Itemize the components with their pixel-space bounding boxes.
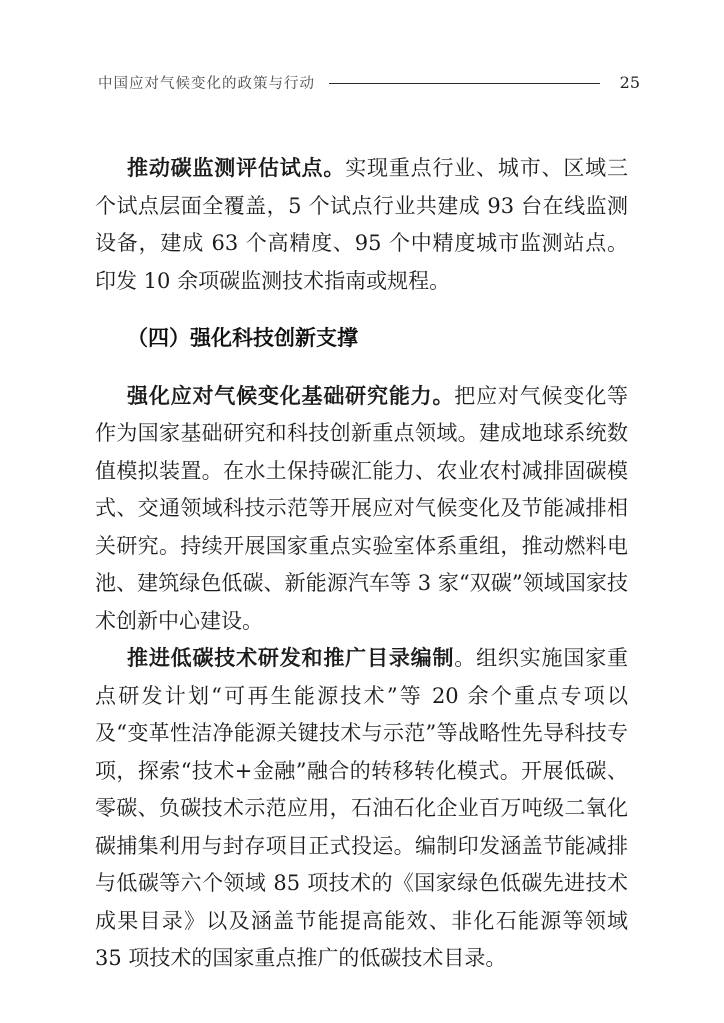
running-header: 中国应对气候变化的政策与行动 25: [98, 72, 640, 93]
paragraph-lead: 强化应对气候变化基础研究能力。: [127, 384, 454, 408]
paragraph-basic-research: 强化应对气候变化基础研究能力。把应对气候变化等作为国家基础研究和科技创新重点领域…: [95, 378, 628, 641]
document-body: 推动碳监测评估试点。实现重点行业、城市、区域三个试点层面全覆盖，5 个试点行业共…: [95, 150, 628, 978]
paragraph-lead: 推动碳监测评估试点。: [127, 156, 345, 180]
document-page: 中国应对气候变化的政策与行动 25 推动碳监测评估试点。实现重点行业、城市、区域…: [0, 0, 724, 1023]
page-number: 25: [620, 73, 640, 92]
paragraph-carbon-monitoring: 推动碳监测评估试点。实现重点行业、城市、区域三个试点层面全覆盖，5 个试点行业共…: [95, 150, 628, 300]
section-heading: （四）强化科技创新支撑: [95, 320, 628, 358]
paragraph-text: 把应对气候变化等作为国家基础研究和科技创新重点领域。建成地球系统数值模拟装置。在…: [95, 384, 628, 633]
paragraph-lead: 推进低碳技术研发和推广目录编制: [127, 646, 454, 670]
paragraph-text: 。组织实施国家重点研发计划“可再生能源技术”等 20 余个重点专项以及“变革性洁…: [95, 646, 628, 970]
running-header-title: 中国应对气候变化的政策与行动: [98, 72, 315, 93]
header-rule: [329, 83, 600, 84]
paragraph-low-carbon-tech: 推进低碳技术研发和推广目录编制。组织实施国家重点研发计划“可再生能源技术”等 2…: [95, 640, 628, 978]
